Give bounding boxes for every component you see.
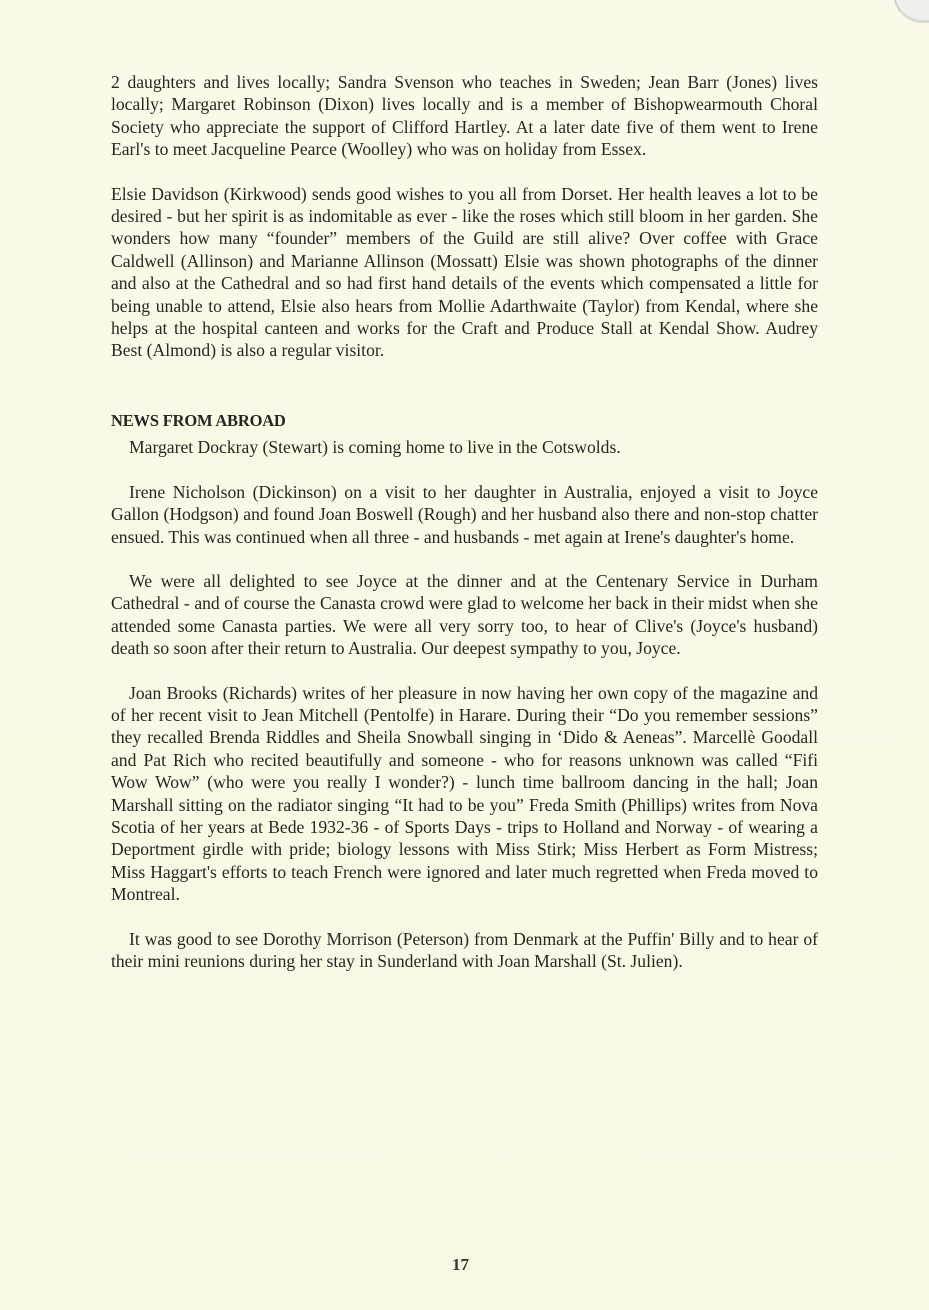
page-content: 2 daughters and lives locally; Sandra Sv… <box>111 71 818 972</box>
paragraph-margaret-dockray: Margaret Dockray (Stewart) is coming hom… <box>111 436 818 458</box>
document-page: 2 daughters and lives locally; Sandra Sv… <box>0 0 929 1310</box>
paragraph-joan-brooks: Joan Brooks (Richards) writes of her ple… <box>111 682 818 906</box>
paragraph-joyce-centenary: We were all delighted to see Joyce at th… <box>111 570 818 660</box>
paragraph-dorothy-morrison: It was good to see Dorothy Morrison (Pet… <box>111 928 818 973</box>
paragraph-irene-nicholson: Irene Nicholson (Dickinson) on a visit t… <box>111 481 818 548</box>
section-heading-news-from-abroad: NEWS FROM ABROAD <box>111 410 818 432</box>
paragraph-daughters-lives-locally: 2 daughters and lives locally; Sandra Sv… <box>111 71 818 161</box>
paragraph-elsie-davidson: Elsie Davidson (Kirkwood) sends good wis… <box>111 183 818 362</box>
page-number: 17 <box>452 1255 469 1275</box>
page-corner-fold <box>893 0 929 23</box>
